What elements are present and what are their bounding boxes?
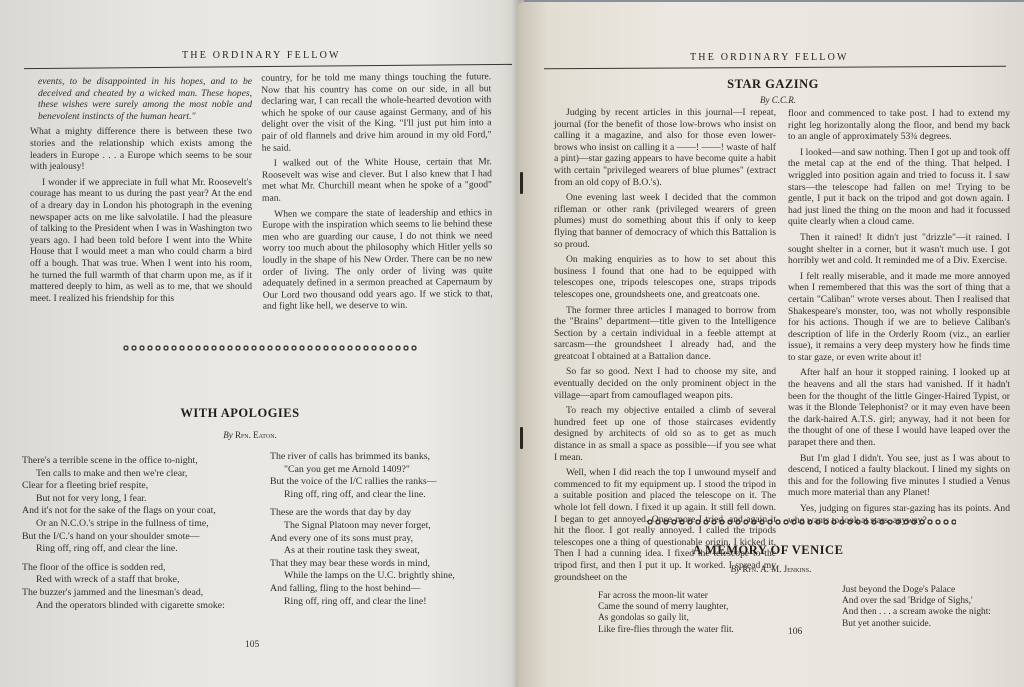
poem-column-2: Just beyond the Doge's PalaceAnd over th… — [842, 585, 991, 630]
poem-line: And every one of its sons must pray, — [270, 533, 455, 546]
paragraph: The former three articles I managed to b… — [554, 305, 776, 363]
paragraph: When we compare the state of leadership … — [262, 207, 493, 313]
poem-line: That they may bear these words in mind, — [270, 558, 455, 571]
article-column-2: country, for he told me many things touc… — [261, 71, 493, 316]
poem-title-left: WITH APOLOGIES — [140, 406, 340, 421]
header-rule-right — [544, 66, 1006, 69]
poem-line: Just beyond the Doge's Palace — [842, 585, 991, 596]
byline-author: Rfn. Eaton. — [235, 430, 277, 440]
poem-line: Far across the moon-lit water — [598, 591, 734, 602]
paragraph: country, for he told me many things touc… — [261, 71, 492, 154]
poem-line: And falling, fling to the host behind— — [270, 583, 455, 596]
poem-line: Ten calls to make and then we're clear, — [22, 468, 225, 481]
poem-line: And then . . . a scream awoke the night: — [842, 607, 991, 618]
byline-by: By — [223, 430, 233, 440]
paragraph: I walked out of the White House, certain… — [262, 156, 492, 204]
section-ornament — [646, 518, 956, 526]
poem-title-right: A MEMORY OF VENICE — [668, 543, 868, 558]
byline-by: By — [731, 564, 741, 574]
poem-line: The river of calls has brimmed its banks… — [270, 451, 455, 464]
running-head-right: THE ORDINARY FELLOW — [690, 52, 849, 63]
paragraph: After half an hour it stopped raining. I… — [788, 367, 1010, 448]
left-page: THE ORDINARY FELLOW events, to be disapp… — [0, 0, 524, 687]
poem-byline-right: By Rfn. A. M. Jenkins. — [696, 564, 846, 574]
poem-line: And it's not for the sake of the flags o… — [22, 505, 225, 518]
poem-line: But not for very long, I fear. — [22, 493, 225, 506]
poem-column-2: The river of calls has brimmed its banks… — [270, 451, 455, 614]
poem-line: And the operators blinded with cigarette… — [22, 600, 225, 613]
poem-line: Came the sound of merry laughter, — [598, 602, 734, 613]
poem-line: Ring off, ring off, and clear the line. — [270, 489, 455, 502]
poem-line: Ring off, ring off, and clear the line. — [22, 543, 225, 556]
paragraph: What a mighty difference there is betwee… — [30, 126, 252, 172]
byline-author: Rfn. A. M. Jenkins. — [742, 564, 811, 574]
paragraph: events, to be disappointed in his hopes,… — [30, 76, 252, 122]
poem-line: There's a terrible scene in the office t… — [22, 455, 225, 468]
paragraph: Then it rained! It didn't just "drizzle"… — [788, 232, 1010, 267]
article-byline: By C.C.R. — [728, 95, 828, 105]
stanza: These are the words that day by dayThe S… — [270, 507, 455, 608]
poem-line: While the lamps on the U.C. brightly shi… — [270, 570, 455, 583]
poem-line: The Signal Platoon may never forget, — [270, 520, 455, 533]
article-column-1: events, to be disappointed in his hopes,… — [30, 76, 252, 308]
article-column-1: Judging by recent articles in this journ… — [554, 107, 776, 587]
section-ornament — [122, 344, 418, 352]
poem-line: The floor of the office is sodden red, — [22, 562, 225, 575]
right-page: THE ORDINARY FELLOW STAR GAZING By C.C.R… — [518, 2, 1024, 687]
page-number-left: 105 — [245, 640, 259, 650]
paragraph: I wonder if we appreciate in full what M… — [30, 177, 252, 305]
paragraph: So far so good. Next I had to choose my … — [554, 366, 776, 401]
paragraph: floor and commenced to take post. I had … — [788, 108, 1010, 143]
paragraph: On making enquiries as to how to set abo… — [554, 254, 776, 300]
page-number-right: 106 — [788, 627, 802, 637]
poem-line: Like fire-flies through the water flit. — [598, 625, 734, 636]
article-column-2: floor and commenced to take post. I had … — [788, 108, 1010, 530]
paragraph: I looked—and saw nothing. Then I got up … — [788, 147, 1010, 228]
paragraph: But I'm glad I didn't. You see, just as … — [788, 453, 1010, 499]
poem-line: Or an N.C.O.'s stripe in the fullness of… — [22, 518, 225, 531]
poem-line: But yet another suicide. — [842, 619, 991, 630]
poem-line: But the voice of the I/C rallies the ran… — [270, 476, 455, 489]
paragraph: One evening last week I decided that the… — [554, 192, 776, 250]
poem-line: Red with wreck of a staff that broke, — [22, 574, 225, 587]
poem-line: These are the words that day by day — [270, 507, 455, 520]
poem-column-1: There's a terrible scene in the office t… — [22, 455, 225, 618]
stanza: The floor of the office is sodden red,Re… — [22, 562, 225, 612]
running-head-left: THE ORDINARY FELLOW — [182, 50, 341, 61]
poem-line: As at their routine task they sweat, — [270, 545, 455, 558]
staple — [520, 172, 523, 194]
stanza: The river of calls has brimmed its banks… — [270, 451, 455, 501]
paragraph: I felt really miserable, and it made me … — [788, 271, 1010, 364]
poem-column-1: Far across the moon-lit waterCame the so… — [598, 591, 734, 636]
paragraph: Judging by recent articles in this journ… — [554, 107, 776, 188]
poem-line: And over the sad 'Bridge of Sighs,' — [842, 596, 991, 607]
paragraph: To reach my objective entailed a climb o… — [554, 405, 776, 463]
poem-line: "Can you get me Arnold 1409?" — [270, 464, 455, 477]
header-rule-left — [24, 64, 512, 69]
staple — [520, 427, 523, 449]
poem-line: The buzzer's jammed and the linesman's d… — [22, 587, 225, 600]
poem-line: Ring off, ring off, and clear the line! — [270, 596, 455, 609]
poem-line: As gondolas so gaily lit, — [598, 613, 734, 624]
stanza: There's a terrible scene in the office t… — [22, 455, 225, 556]
poem-byline-left: By Rfn. Eaton. — [190, 430, 310, 440]
poem-line: But the I/C.'s hand on your shoulder smo… — [22, 531, 225, 544]
article-title: STAR GAZING — [683, 77, 863, 92]
poem-line: Clear for a fleeting brief respite, — [22, 480, 225, 493]
